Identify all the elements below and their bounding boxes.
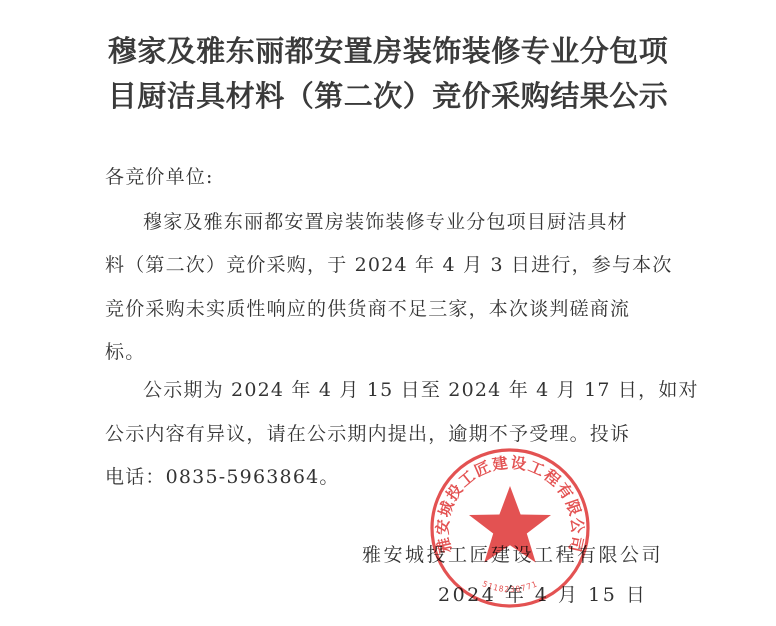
body-line-3: 竞价采购未实质性响应的供货商不足三家，本次谈判磋商流 [105, 297, 630, 321]
body-line-2: 料（第二次）竞价采购，于 2024 年 4 月 3 日进行，参与本次 [105, 253, 673, 277]
seal-star-icon [469, 486, 551, 563]
svg-text:5118230771: 5118230771 [481, 579, 539, 594]
document-title-line-1: 穆家及雅东丽都安置房装饰装修专业分包项 [0, 33, 776, 69]
document-title-line-2: 目厨洁具材料（第二次）竞价采购结果公示 [0, 78, 776, 114]
company-seal-stamp: 雅安城投工匠建设工程有限公司 5118230771 [428, 446, 592, 610]
salutation: 各竞价单位: [105, 165, 214, 189]
body-line-4: 标。 [105, 340, 145, 364]
body-line-1: 穆家及雅东丽都安置房装饰装修专业分包项目厨洁具材 [143, 210, 628, 234]
body-line-6: 公示内容有异议，请在公示期内提出，逾期不予受理。投诉 [105, 422, 630, 446]
body-line-7: 电话：0835-5963864。 [105, 465, 340, 489]
seal-serial-number: 5118230771 [481, 579, 539, 594]
body-line-5: 公示期为 2024 年 4 月 15 日至 2024 年 4 月 17 日，如对 [143, 378, 699, 402]
